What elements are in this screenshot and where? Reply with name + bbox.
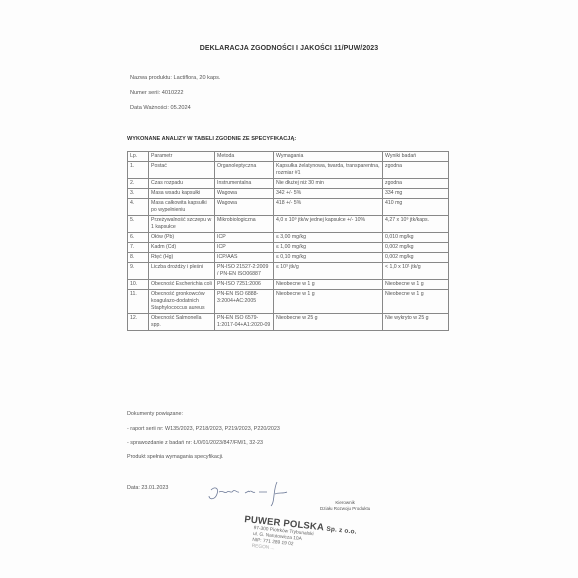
handwritten-signature [205,480,295,510]
table-cell: 11. [128,290,149,314]
table-cell: Rtęć (Hg) [149,253,215,263]
table-row: 12.Obecność Salmonella spp.PN-EN ISO 657… [128,314,449,331]
table-cell: PN-ISO 21527-2:2009 / PN-EN ISO06887 [215,263,274,280]
signer-title-line: Działu Rozwoju Produktu [320,506,370,512]
table-cell: Postać [149,162,215,179]
document-date: Data: 23.01.2023 [127,485,168,491]
table-cell: zgodna [383,179,449,189]
table-cell: Obecność Salmonella spp. [149,314,215,331]
table-header-cell: Wyniki badań [383,152,449,162]
table-cell: Kapsułka żelatynowa, twarda, transparent… [274,162,383,179]
related-docs-heading: Dokumenty powiązane: [127,411,183,417]
conclusion-text: Produkt spełnia wymagania specyfikacji. [127,454,223,460]
table-row: 5.Przeżywalność szczepu w 1 kapsułceMikr… [128,216,449,233]
table-cell: < 1,0 x 10¹ jtk/g [383,263,449,280]
table-cell: 410 mg [383,199,449,216]
table-row: 3.Masa wsadu kapsułkiWagowa342 +/- 5%334… [128,189,449,199]
table-cell: Nieobecne w 1 g [383,280,449,290]
table-cell: 4,0 x 10⁹ jtk/w jednej kapsułce +/- 10% [274,216,383,233]
table-cell: Organoleptyczna [215,162,274,179]
table-cell: zgodna [383,162,449,179]
table-cell: Ołów (Pb) [149,233,215,243]
table-row: 10.Obecność Escherichia coliPN-ISO 7251:… [128,280,449,290]
table-cell: Instrumentalna [215,179,274,189]
table-header-cell: Lp. [128,152,149,162]
table-cell: 418 +/- 5% [274,199,383,216]
table-cell: Liczba drożdży i pleśni [149,263,215,280]
table-cell: 4. [128,199,149,216]
table-cell: PN-ISO 7251:2006 [215,280,274,290]
table-cell: 0,010 mg/kg [383,233,449,243]
analysis-section-heading: WYKONANE ANALIZY W TABELI ZGODNIE ZE SPE… [127,136,296,142]
table-cell: 3. [128,189,149,199]
table-cell: 0,002 mg/kg [383,243,449,253]
table-cell: Nieobecne w 1 g [383,290,449,314]
table-cell: Nieobecne w 1 g [274,280,383,290]
table-row: 4.Masa całkowita kapsułki po wypełnieniu… [128,199,449,216]
table-header-cell: Metoda [215,152,274,162]
table-cell: Mikrobiologiczna [215,216,274,233]
table-cell: Kadm (Cd) [149,243,215,253]
table-cell: PN-EN ISO 6888-3:2004+AC:2005 [215,290,274,314]
table-row: 7.Kadm (Cd)ICP≤ 1,00 mg/kg0,002 mg/kg [128,243,449,253]
table-cell: Przeżywalność szczepu w 1 kapsułce [149,216,215,233]
document-page: DEKLARACJA ZGODNOŚCI I JAKOŚCI 11/PUW/20… [0,0,578,578]
table-cell: ≤ 10³ jtk/g [274,263,383,280]
table-cell: 334 mg [383,189,449,199]
table-cell: 342 +/- 5% [274,189,383,199]
table-cell: Nie wykryto w 25 g [383,314,449,331]
table-cell: Wagowa [215,199,274,216]
table-header-cell: Parametr [149,152,215,162]
table-cell: 0,002 mg/kg [383,253,449,263]
table-cell: 12. [128,314,149,331]
table-cell: 5. [128,216,149,233]
table-cell: ICP [215,233,274,243]
table-row: 1.PostaćOrganoleptycznaKapsułka żelatyno… [128,162,449,179]
table-header-cell: Wymagania [274,152,383,162]
table-cell: Nie dłużej niż 30 min [274,179,383,189]
table-cell: 8. [128,253,149,263]
table-cell: Obecność Escherichia coli [149,280,215,290]
signer-title: Kierownik Działu Rozwoju Produktu [320,500,370,512]
table-row: 8.Rtęć (Hg)ICP/AAS≤ 0,10 mg/kg0,002 mg/k… [128,253,449,263]
table-cell: Wagowa [215,189,274,199]
series-number: Numer serii: 4010222 [130,90,183,96]
related-doc-item: - sprawozdanie z badań nr: Ł/0/01/2023/8… [127,440,263,446]
table-cell: 6. [128,233,149,243]
table-cell: Nieobecne w 25 g [274,314,383,331]
table-cell: ≤ 3,00 mg/kg [274,233,383,243]
table-cell: Obecność gronkowców koagulazo-dodatnich … [149,290,215,314]
table-cell: Czas rozpadu [149,179,215,189]
table-row: 11.Obecność gronkowców koagulazo-dodatni… [128,290,449,314]
table-cell: Nieobecne w 1 g [274,290,383,314]
table-row: 6.Ołów (Pb)ICP≤ 3,00 mg/kg0,010 mg/kg [128,233,449,243]
product-name: Nazwa produktu: Lactiflora, 20 kaps. [130,75,220,81]
company-stamp: PUWER POLSKA Sp. z o.o. 97-300 Piotrków … [241,514,357,561]
related-doc-item: - raport serii nr: W135/2023, P218/2023,… [127,426,280,432]
table-cell: ICP [215,243,274,253]
expiry-date: Data Ważności: 05.2024 [130,105,191,111]
table-cell: PN-EN ISO 6579-1:2017-04+A1:2020-09 [215,314,274,331]
table-cell: ICP/AAS [215,253,274,263]
table-cell: ≤ 0,10 mg/kg [274,253,383,263]
table-cell: ≤ 1,00 mg/kg [274,243,383,253]
document-title: DEKLARACJA ZGODNOŚCI I JAKOŚCI 11/PUW/20… [0,45,578,52]
table-row: 2.Czas rozpaduInstrumentalnaNie dłużej n… [128,179,449,189]
table-cell: 10. [128,280,149,290]
table-cell: Masa całkowita kapsułki po wypełnieniu [149,199,215,216]
analysis-table: Lp.ParametrMetodaWymaganiaWyniki badań1.… [127,151,449,331]
table-cell: 2. [128,179,149,189]
table-header-row: Lp.ParametrMetodaWymaganiaWyniki badań [128,152,449,162]
table-cell: Masa wsadu kapsułki [149,189,215,199]
table-cell: 9. [128,263,149,280]
table-cell: 4,27 x 10⁹ jtk/kaps. [383,216,449,233]
table-row: 9.Liczba drożdży i pleśniPN-ISO 21527-2:… [128,263,449,280]
table-cell: 7. [128,243,149,253]
table-cell: 1. [128,162,149,179]
